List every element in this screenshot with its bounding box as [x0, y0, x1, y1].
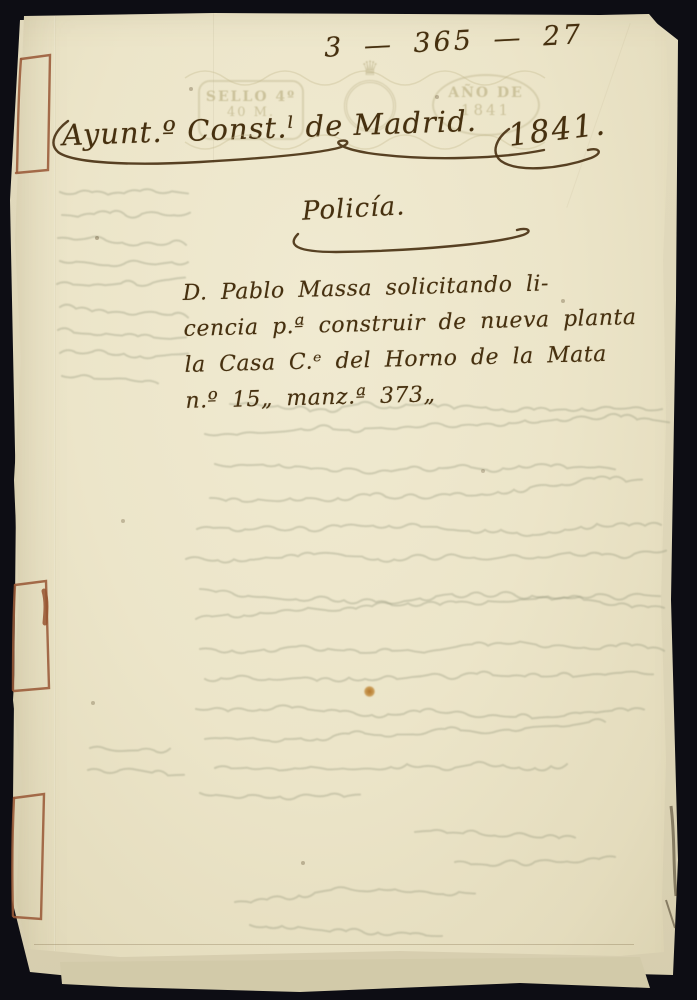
- scanned-document: SELLO 4º 40 M. ♛ AÑO DE 1841 3 — 365 — 2…: [0, 0, 697, 1000]
- sello-stamp-label: SELLO 4º: [200, 89, 302, 105]
- paper-crease: [34, 944, 634, 945]
- year-stamp-label: AÑO DE: [434, 85, 538, 101]
- section-title: Policía.: [301, 191, 406, 226]
- paper-crease: [54, 16, 56, 951]
- ink-speckles: [0, 0, 2, 2]
- foxing-spot: [364, 686, 375, 697]
- body-text: D. Pablo Massa solicitando li- cencia p.…: [182, 264, 639, 420]
